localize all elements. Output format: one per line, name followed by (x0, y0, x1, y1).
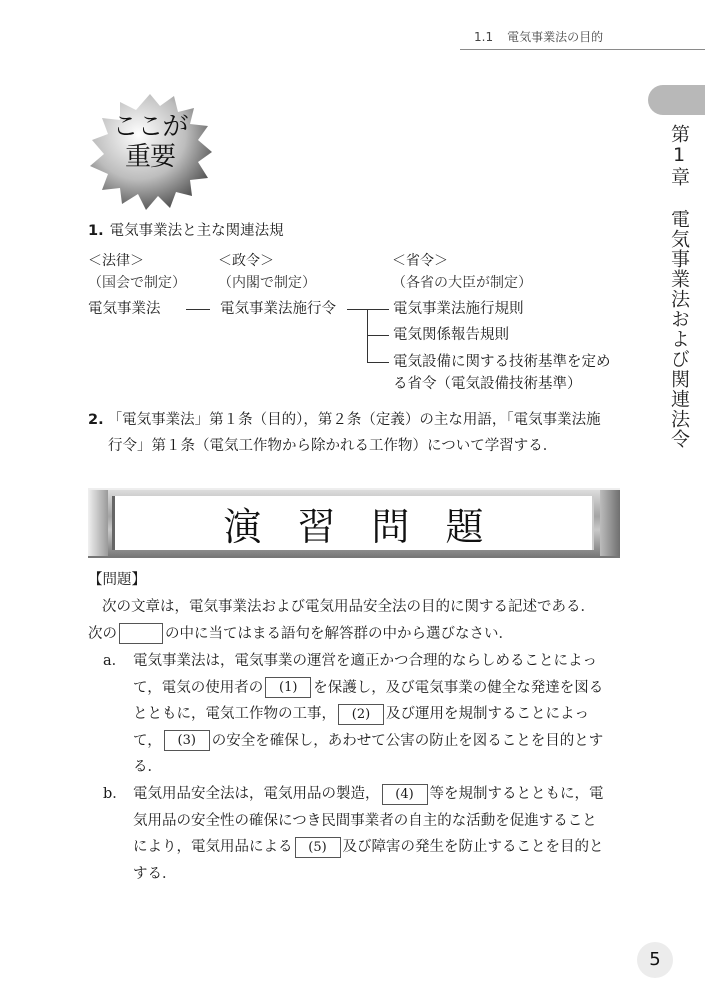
chapter-name: 電気事業法および関連法令 (668, 209, 690, 449)
ministerial-order-item: 電気設備に関する技術基準を定め (393, 352, 611, 372)
badge-text: ここが 重要 (86, 112, 214, 172)
key-point-2: 2.「電気事業法」第１条（目的），第２条（定義）の主な用語，「電気事業法施 行令… (88, 407, 618, 459)
section-number: 1.1 (474, 30, 493, 44)
answer-blank-4[interactable]: (4) (382, 784, 428, 805)
chapter-tab (648, 85, 705, 115)
problem-item-a: a． 電気事業法は，電気事業の運営を適正かつ合理的ならしめることによっ て，電気… (103, 648, 623, 781)
ministerial-order-item-continued: る省令（電気設備技術基準） (393, 374, 582, 394)
answer-blank-2[interactable]: (2) (338, 704, 384, 725)
key-point-1-heading: 1.電気事業法と主な関連法規 (88, 219, 284, 240)
connector-line (186, 309, 210, 310)
column-law: ＜法律＞ （国会で制定） (88, 250, 186, 294)
column-cabinet-order: ＜政令＞ （内閣で制定） (218, 250, 316, 294)
connector-line (347, 309, 389, 310)
tree-branch-line (367, 335, 389, 336)
answer-blank-5[interactable]: (5) (295, 837, 341, 858)
exercise-title: 演習問題 (187, 496, 519, 551)
answer-blank-1[interactable]: (1) (265, 677, 311, 698)
chapter-title-vertical: 第1章電気事業法および関連法令 (666, 124, 692, 449)
problem-label: 【問題】 (88, 568, 146, 589)
answer-blank-3[interactable]: (3) (164, 730, 210, 751)
exercise-banner: 演習問題 (88, 488, 620, 558)
ministerial-order-item: 電気事業法施行規則 (393, 299, 524, 319)
law-item: 電気事業法 (88, 299, 161, 319)
tree-branch-line (367, 362, 389, 363)
column-ministerial-order: ＜省令＞ （各省の大臣が制定） (392, 250, 532, 294)
running-header: 1.1電気事業法の目的 (460, 30, 705, 50)
ministerial-order-item: 電気関係報告規則 (393, 325, 509, 345)
problem-intro: 次の文章は，電気事業法および電気用品安全法の目的に関する記述である． 次のの中に… (88, 594, 620, 647)
blank-box-example (119, 623, 163, 644)
section-title: 電気事業法の目的 (507, 30, 603, 44)
problem-item-b: b． 電気用品安全法は，電気用品の製造，(4)等を規制するとともに，電 気用品の… (103, 781, 623, 887)
important-badge: ここが 重要 (86, 90, 214, 214)
page-number: 5 (637, 942, 673, 978)
chapter-number: 第1章 (668, 124, 690, 187)
cabinet-order-item: 電気事業法施行令 (220, 299, 336, 319)
